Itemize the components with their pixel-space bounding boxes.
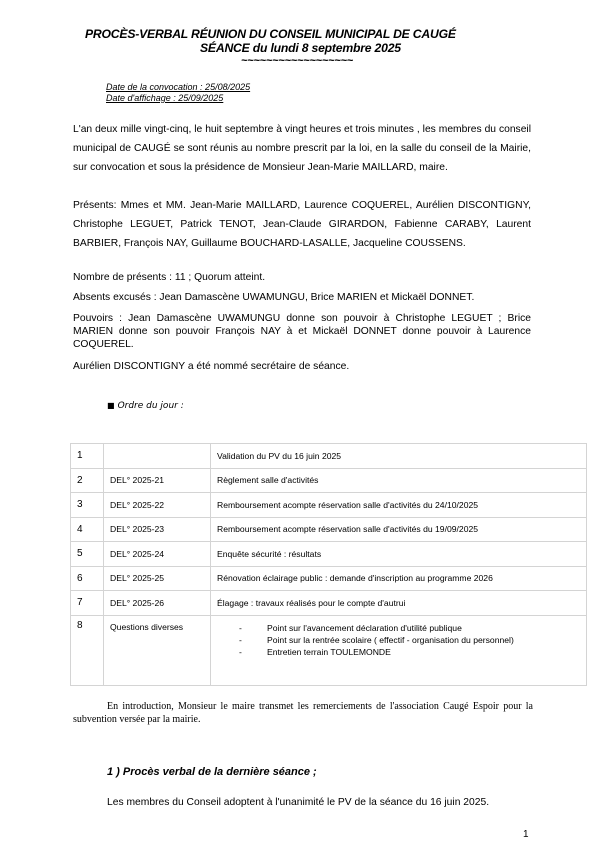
- dash-bullet-icon: -: [239, 622, 242, 634]
- agenda-subject: Rénovation éclairage public : demande d'…: [211, 566, 587, 591]
- agenda-number: 8: [71, 615, 104, 685]
- section-1-heading: 1 ) Procès verbal de la dernière séance …: [107, 766, 317, 778]
- section-1-text: Les membres du Conseil adoptent à l'unan…: [107, 797, 489, 808]
- agenda-subject: Remboursement acompte réservation salle …: [211, 517, 587, 542]
- agenda-reference: DEL° 2025-25: [104, 566, 211, 591]
- table-row: 7DEL° 2025-26Élagage : travaux réalisés …: [71, 591, 587, 616]
- agenda-number: 6: [71, 566, 104, 591]
- agenda-subject: Élagage : travaux réalisés pour le compt…: [211, 591, 587, 616]
- agenda-number: 2: [71, 468, 104, 493]
- agenda-reference: DEL° 2025-26: [104, 591, 211, 616]
- questions-diverses-list: -Point sur l'avancement déclaration d'ut…: [217, 622, 586, 658]
- document-subtitle: SÉANCE du lundi 8 septembre 2025: [200, 41, 596, 55]
- agenda-reference: DEL° 2025-23: [104, 517, 211, 542]
- agenda-number: 3: [71, 493, 104, 518]
- agenda-subject: Validation du PV du 16 juin 2025: [211, 444, 587, 469]
- agenda-subject: Enquête sécurité : résultats: [211, 542, 587, 567]
- agenda-number: 5: [71, 542, 104, 567]
- document-title: PROCÈS-VERBAL RÉUNION DU CONSEIL MUNICIP…: [85, 27, 596, 41]
- agenda-reference: [104, 444, 211, 469]
- agenda-number: 1: [71, 444, 104, 469]
- table-row: 6DEL° 2025-25Rénovation éclairage public…: [71, 566, 587, 591]
- pouvoirs-paragraph: Pouvoirs : Jean Damascène UWAMUNGU donne…: [73, 312, 531, 351]
- table-row: 3DEL° 2025-22Remboursement acompte réser…: [71, 493, 587, 518]
- list-item: -Point sur l'avancement déclaration d'ut…: [217, 622, 586, 634]
- table-row: 8Questions diverses-Point sur l'avanceme…: [71, 615, 587, 685]
- intro-paragraph: L'an deux mille vingt-cinq, le huit sept…: [73, 120, 531, 177]
- agenda-reference: DEL° 2025-21: [104, 468, 211, 493]
- table-row: 1Validation du PV du 16 juin 2025: [71, 444, 587, 469]
- dash-bullet-icon: -: [239, 634, 242, 646]
- table-row: 5DEL° 2025-24Enquête sécurité : résultat…: [71, 542, 587, 567]
- agenda-subject: -Point sur l'avancement déclaration d'ut…: [211, 615, 587, 685]
- list-item-text: Point sur la rentrée scolaire ( effectif…: [267, 635, 514, 645]
- list-item-text: Point sur l'avancement déclaration d'uti…: [267, 623, 462, 633]
- agenda-reference: DEL° 2025-24: [104, 542, 211, 567]
- presents-paragraph: Présents: Mmes et MM. Jean-Marie MAILLAR…: [73, 196, 531, 253]
- dates-block: Date de la convocation : 25/08/2025 Date…: [106, 82, 250, 104]
- agenda-reference: Questions diverses: [104, 615, 211, 685]
- list-item: -Entretien terrain TOULEMONDE: [217, 646, 586, 658]
- ordre-du-jour-label: Ordre du jour :: [118, 401, 184, 411]
- ordre-du-jour-heading: ■Ordre du jour :: [107, 401, 184, 411]
- page-number: 1: [523, 829, 529, 840]
- date-affichage: Date d'affichage : 25/09/2025: [106, 93, 250, 104]
- agenda-reference: DEL° 2025-22: [104, 493, 211, 518]
- nombre-presents: Nombre de présents : 11 ; Quorum atteint…: [73, 272, 265, 283]
- dash-bullet-icon: -: [239, 646, 242, 658]
- date-convocation: Date de la convocation : 25/08/2025: [106, 82, 250, 93]
- table-row: 4DEL° 2025-23Remboursement acompte réser…: [71, 517, 587, 542]
- agenda-number: 4: [71, 517, 104, 542]
- absents-excuses: Absents excusés : Jean Damascène UWAMUNG…: [73, 292, 474, 303]
- square-bullet-icon: ■: [107, 401, 115, 410]
- table-row: 2DEL° 2025-21Règlement salle d'activités: [71, 468, 587, 493]
- list-item: -Point sur la rentrée scolaire ( effecti…: [217, 634, 586, 646]
- agenda-subject: Règlement salle d'activités: [211, 468, 587, 493]
- agenda-subject: Remboursement acompte réservation salle …: [211, 493, 587, 518]
- introduction-text: En introduction, Monsieur le maire trans…: [73, 700, 533, 726]
- list-item-text: Entretien terrain TOULEMONDE: [267, 647, 391, 657]
- secretaire-seance: Aurélien DISCONTIGNY a été nommé secréta…: [73, 361, 349, 372]
- title-separator: ~~~~~~~~~~~~~~~~~~: [241, 55, 596, 67]
- agenda-number: 7: [71, 591, 104, 616]
- agenda-table: 1Validation du PV du 16 juin 20252DEL° 2…: [70, 443, 587, 686]
